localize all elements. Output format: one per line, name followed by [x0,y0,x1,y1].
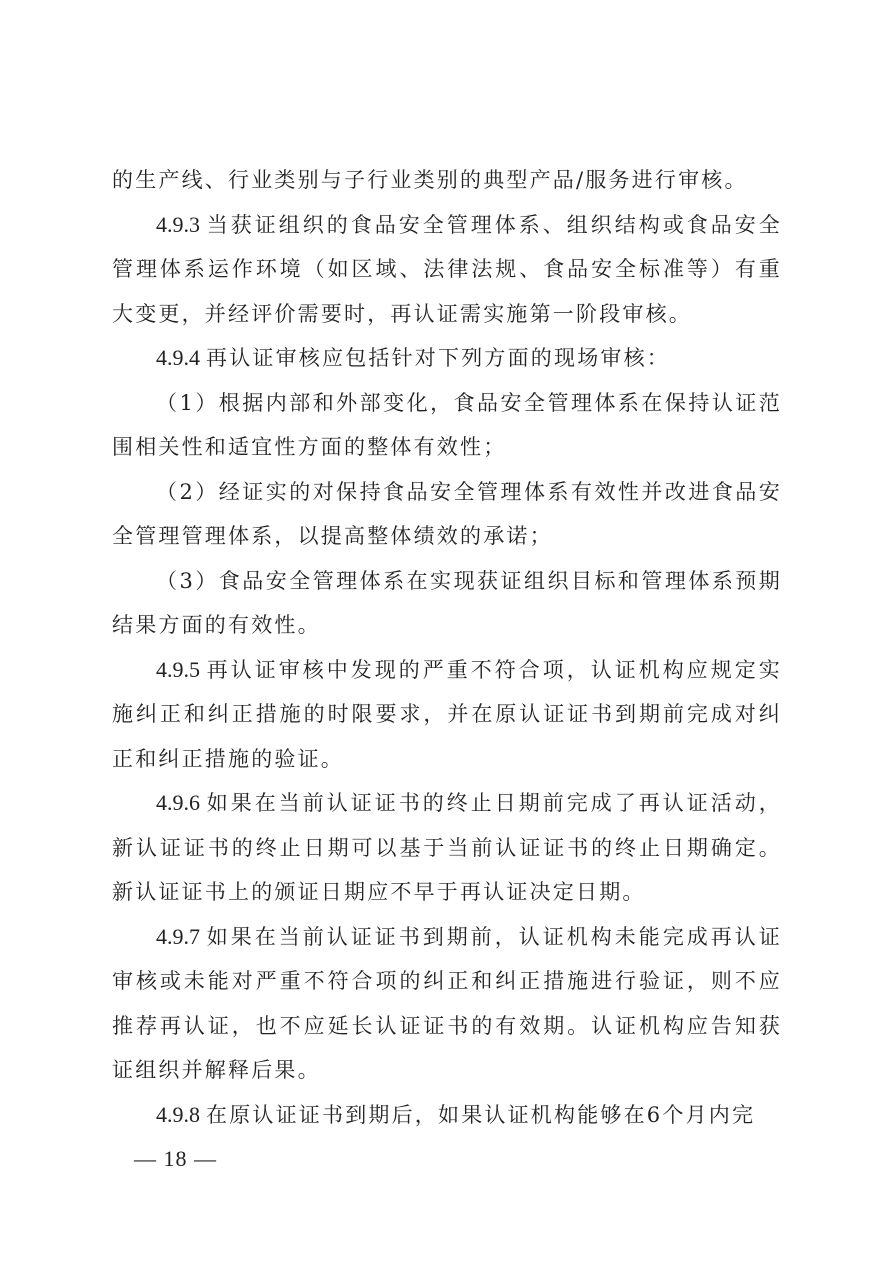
item-number: （3） [156,569,219,593]
clause-4-9-5: 4.9.5再认证审核中发现的严重不符合项，认证机构应规定实施纠正和纠正措施的时限… [112,648,782,782]
clause-number: 4.9.8 [156,1102,200,1127]
clause-4-9-6: 4.9.6如果在当前认证证书的终止日期前完成了再认证活动，新认证证书的终止日期可… [112,781,782,915]
clause-4-9-7: 4.9.7如果在当前认证证书到期前，认证机构未能完成再认证审核或未能对严重不符合… [112,915,782,1093]
clause-text: 如果在当前认证证书到期前，认证机构未能完成再认证审核或未能对严重不符合项的纠正和… [112,925,782,1083]
clause-text: 如果在当前认证证书的终止日期前完成了再认证活动，新认证证书的终止日期可以基于当前… [112,791,782,904]
clause-number: 4.9.6 [156,790,200,815]
clause-number: 4.9.5 [156,657,200,682]
clause-text: 在原认证证书到期后，如果认证机构能够在6个月内完 [206,1103,755,1127]
item-number: （2） [156,480,219,504]
list-item-1: （1）根据内部和外部变化，食品安全管理体系在保持认证范围相关性和适宜性方面的整体… [112,381,782,470]
clause-number: 4.9.7 [156,924,200,949]
list-item-2: （2）经证实的对保持食品安全管理体系有效性并改进食品安全管理管理体系，以提高整体… [112,470,782,559]
clause-number: 4.9.3 [156,212,200,237]
clause-text: 再认证审核中发现的严重不符合项，认证机构应规定实施纠正和纠正措施的时限要求，并在… [112,658,782,771]
item-number: （1） [156,391,219,415]
document-page: 的生产线、行业类别与子行业类别的典型产品/服务进行审核。 4.9.3当获证组织的… [0,0,892,1262]
clause-text: 再认证审核应包括针对下列方面的现场审核： [206,346,670,370]
clause-4-9-3: 4.9.3当获证组织的食品安全管理体系、组织结构或食品安全管理体系运作环境（如区… [112,203,782,337]
clause-4-9-4: 4.9.4再认证审核应包括针对下列方面的现场审核： [112,336,782,381]
list-item-3: （3）食品安全管理体系在实现获证组织目标和管理体系预期结果方面的有效性。 [112,559,782,648]
clause-4-9-8: 4.9.8在原认证证书到期后，如果认证机构能够在6个月内完 [112,1093,782,1138]
clause-number: 4.9.4 [156,345,200,370]
page-number: — 18 — [134,1146,217,1172]
clause-text: 当获证组织的食品安全管理体系、组织结构或食品安全管理体系运作环境（如区域、法律法… [112,213,782,326]
document-body: 的生产线、行业类别与子行业类别的典型产品/服务进行审核。 4.9.3当获证组织的… [112,158,782,1137]
paragraph-text: 的生产线、行业类别与子行业类别的典型产品/服务进行审核。 [112,168,748,192]
paragraph-continuation: 的生产线、行业类别与子行业类别的典型产品/服务进行审核。 [112,158,782,203]
